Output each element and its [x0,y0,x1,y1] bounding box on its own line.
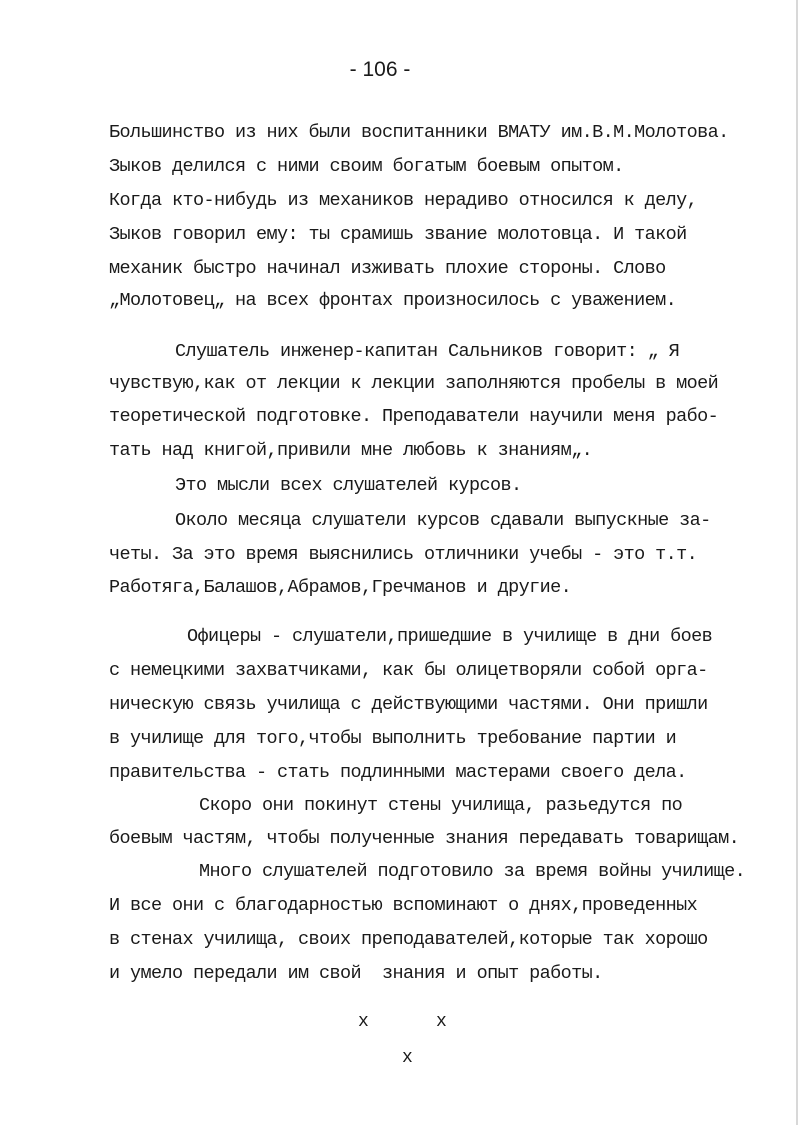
text-line: и умело передали им свой знания и опыт р… [109,963,603,984]
text-line: боевым частям, чтобы полученные знания п… [109,828,739,849]
scan-edge [796,0,798,1125]
text-line: Это мысли всех слушателей курсов. [175,475,522,496]
page-number: - 106 - [0,58,760,82]
text-line: механик быстро начинал изживать плохие с… [109,258,666,279]
text-line: Когда кто-нибудь из механиков нерадиво о… [109,190,697,211]
text-line: чувствую,как от лекции к лекции заполняю… [109,373,718,394]
text-line: теоретической подготовке. Преподаватели … [109,406,718,427]
text-line: Скоро они покинут стены училища, разьеду… [199,795,682,816]
end-mark: x [358,1012,369,1032]
text-line: Слушатель инженер-капитан Сальников гово… [175,341,679,362]
text-line: Зыков делился с ними своим богатым боевы… [109,156,624,177]
text-line: в училище для того,чтобы выполнить требо… [109,728,676,749]
end-mark: x [436,1012,447,1032]
text-line: Офицеры - слушатели,пришедшие в училище … [187,626,712,647]
text-line: И все они с благодарностью вспоминают о … [109,895,697,916]
text-line: Около месяца слушатели курсов сдавали вы… [175,510,711,531]
text-line: Много слушателей подготовило за время во… [199,861,745,882]
text-line: „Молотовец„ на всех фронтах произносилос… [109,290,676,311]
text-line: Работяга,Балашов,Абрамов,Гречманов и дру… [109,577,571,598]
end-mark: x [402,1048,413,1068]
text-line: правительства - стать подлинными мастера… [109,762,687,783]
text-line: в стенах училища, своих преподавателей,к… [109,929,708,950]
text-line: ническую связь училища с действующими ча… [109,694,708,715]
text-line: тать над книгой,привили мне любовь к зна… [109,440,592,461]
text-line: Зыков говорил ему: ты срамишь звание мол… [109,224,687,245]
text-line: Большинство из них были воспитанники ВМА… [109,122,729,143]
text-line: четы. За это время выяснились отличники … [109,544,697,565]
text-line: с немецкими захватчиками, как бы олицетв… [109,660,708,681]
